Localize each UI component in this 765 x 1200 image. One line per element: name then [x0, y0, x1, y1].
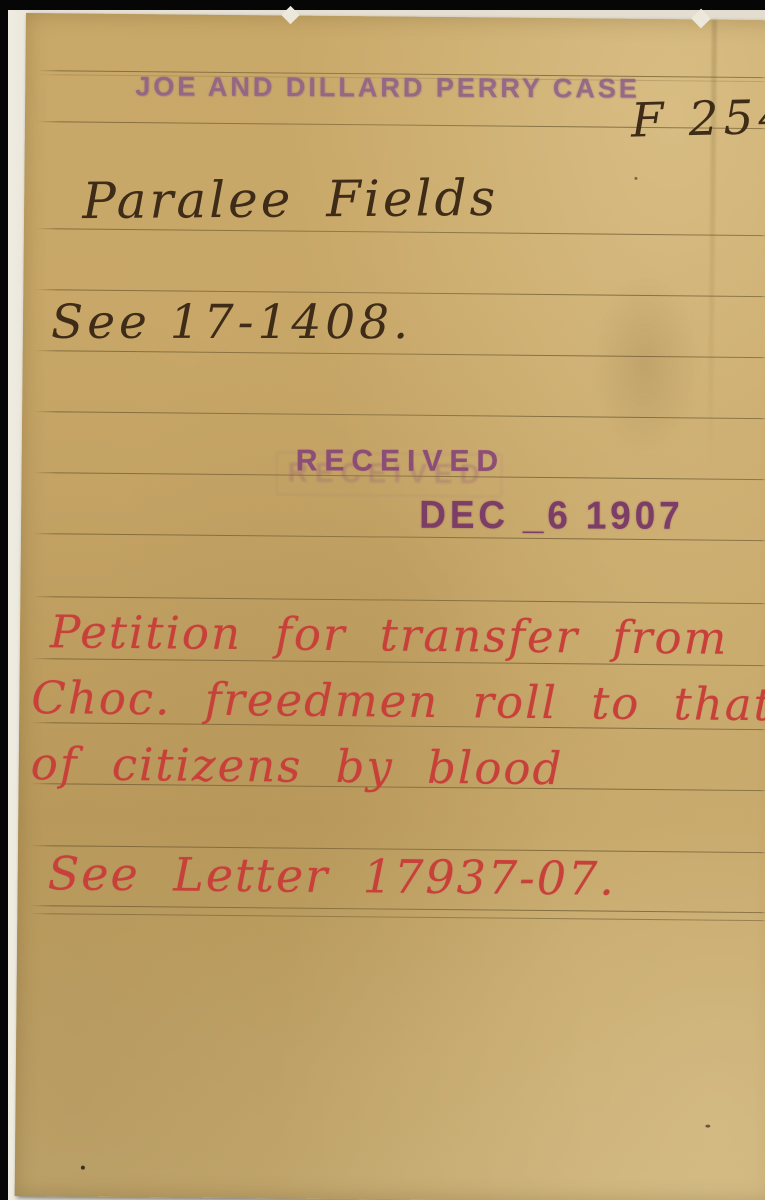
petition-note-line-2: Choc. freedmen roll to that	[31, 671, 765, 731]
ink-speck	[634, 177, 637, 180]
ink-speck	[705, 1125, 710, 1128]
applicant-name-handwritten: Paralee Fields	[82, 169, 498, 230]
paper-crease	[708, 20, 717, 480]
petition-note-line-3: of citizens by blood	[31, 737, 564, 795]
letter-reference-handwritten: See Letter 17937-07.	[47, 846, 616, 905]
ruled-line	[29, 913, 765, 921]
ruled-line	[32, 596, 765, 604]
ruled-line	[29, 905, 765, 913]
fingerprint-smudge	[590, 268, 702, 459]
ink-speck	[81, 1166, 85, 1170]
index-card: JOE AND DILLARD PERRY CASE F 254 Paralee…	[15, 13, 765, 1200]
received-stamp: RECEIVED	[296, 444, 505, 479]
received-date-stamp: DEC _6 1907	[419, 494, 683, 539]
petition-note-line-1: Petition for transfer from	[50, 605, 729, 665]
case-name-stamp: JOE AND DILLARD PERRY CASE	[135, 71, 640, 104]
case-reference-handwritten: See 17-1408.	[51, 295, 412, 350]
scanned-document: JOE AND DILLARD PERRY CASE F 254 Paralee…	[0, 0, 765, 1200]
paper-tear	[281, 6, 299, 24]
file-number-handwritten: F 254	[630, 90, 765, 149]
